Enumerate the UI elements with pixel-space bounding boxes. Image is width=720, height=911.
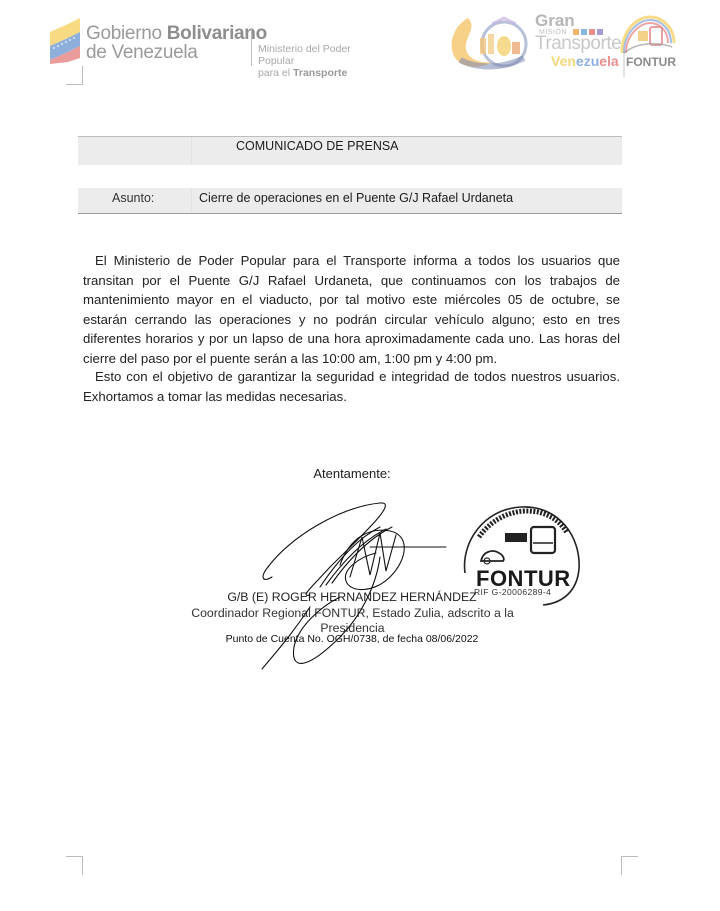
- fontur-logo: FONTUR: [618, 13, 676, 79]
- handwritten-signature: [250, 497, 480, 677]
- fontur-emblem-icon: [618, 13, 676, 79]
- cell-divider: [191, 188, 192, 213]
- venezuela-flag-icon: [48, 18, 82, 64]
- crop-mark: [66, 66, 83, 85]
- subject-value: Cierre de operaciones en el Puente G/J R…: [199, 191, 513, 205]
- body-paragraph: Esto con el objetivo de garantizar la se…: [83, 367, 620, 406]
- subject-row: Asunto: Cierre de operaciones en el Puen…: [78, 188, 622, 214]
- gmt-venezuela-word: Venezuela: [551, 54, 619, 68]
- ministry-name: Ministerio del Poder Popular para el Tra…: [258, 43, 388, 79]
- gran-mision-transporte-logo: Gran MISIÓN Transporte Venezuela: [535, 12, 615, 74]
- subject-label: Asunto:: [112, 191, 154, 205]
- cell-divider: [191, 137, 192, 165]
- press-release-header-row: COMUNICADO DE PRENSA: [78, 136, 622, 165]
- government-logo: Gobierno Bolivariano de Venezuela Minist…: [48, 16, 388, 72]
- anniversary-60-icon: [446, 12, 532, 72]
- body-paragraph: El Ministerio de Poder Popular para el T…: [83, 251, 620, 369]
- logo-divider: [251, 28, 252, 66]
- crop-mark: [66, 856, 83, 875]
- document-title: COMUNICADO DE PRENSA: [236, 139, 399, 153]
- crop-mark: [621, 856, 638, 875]
- closing-salutation: Atentamente:: [0, 466, 704, 481]
- government-name: Gobierno Bolivariano de Venezuela: [86, 24, 267, 62]
